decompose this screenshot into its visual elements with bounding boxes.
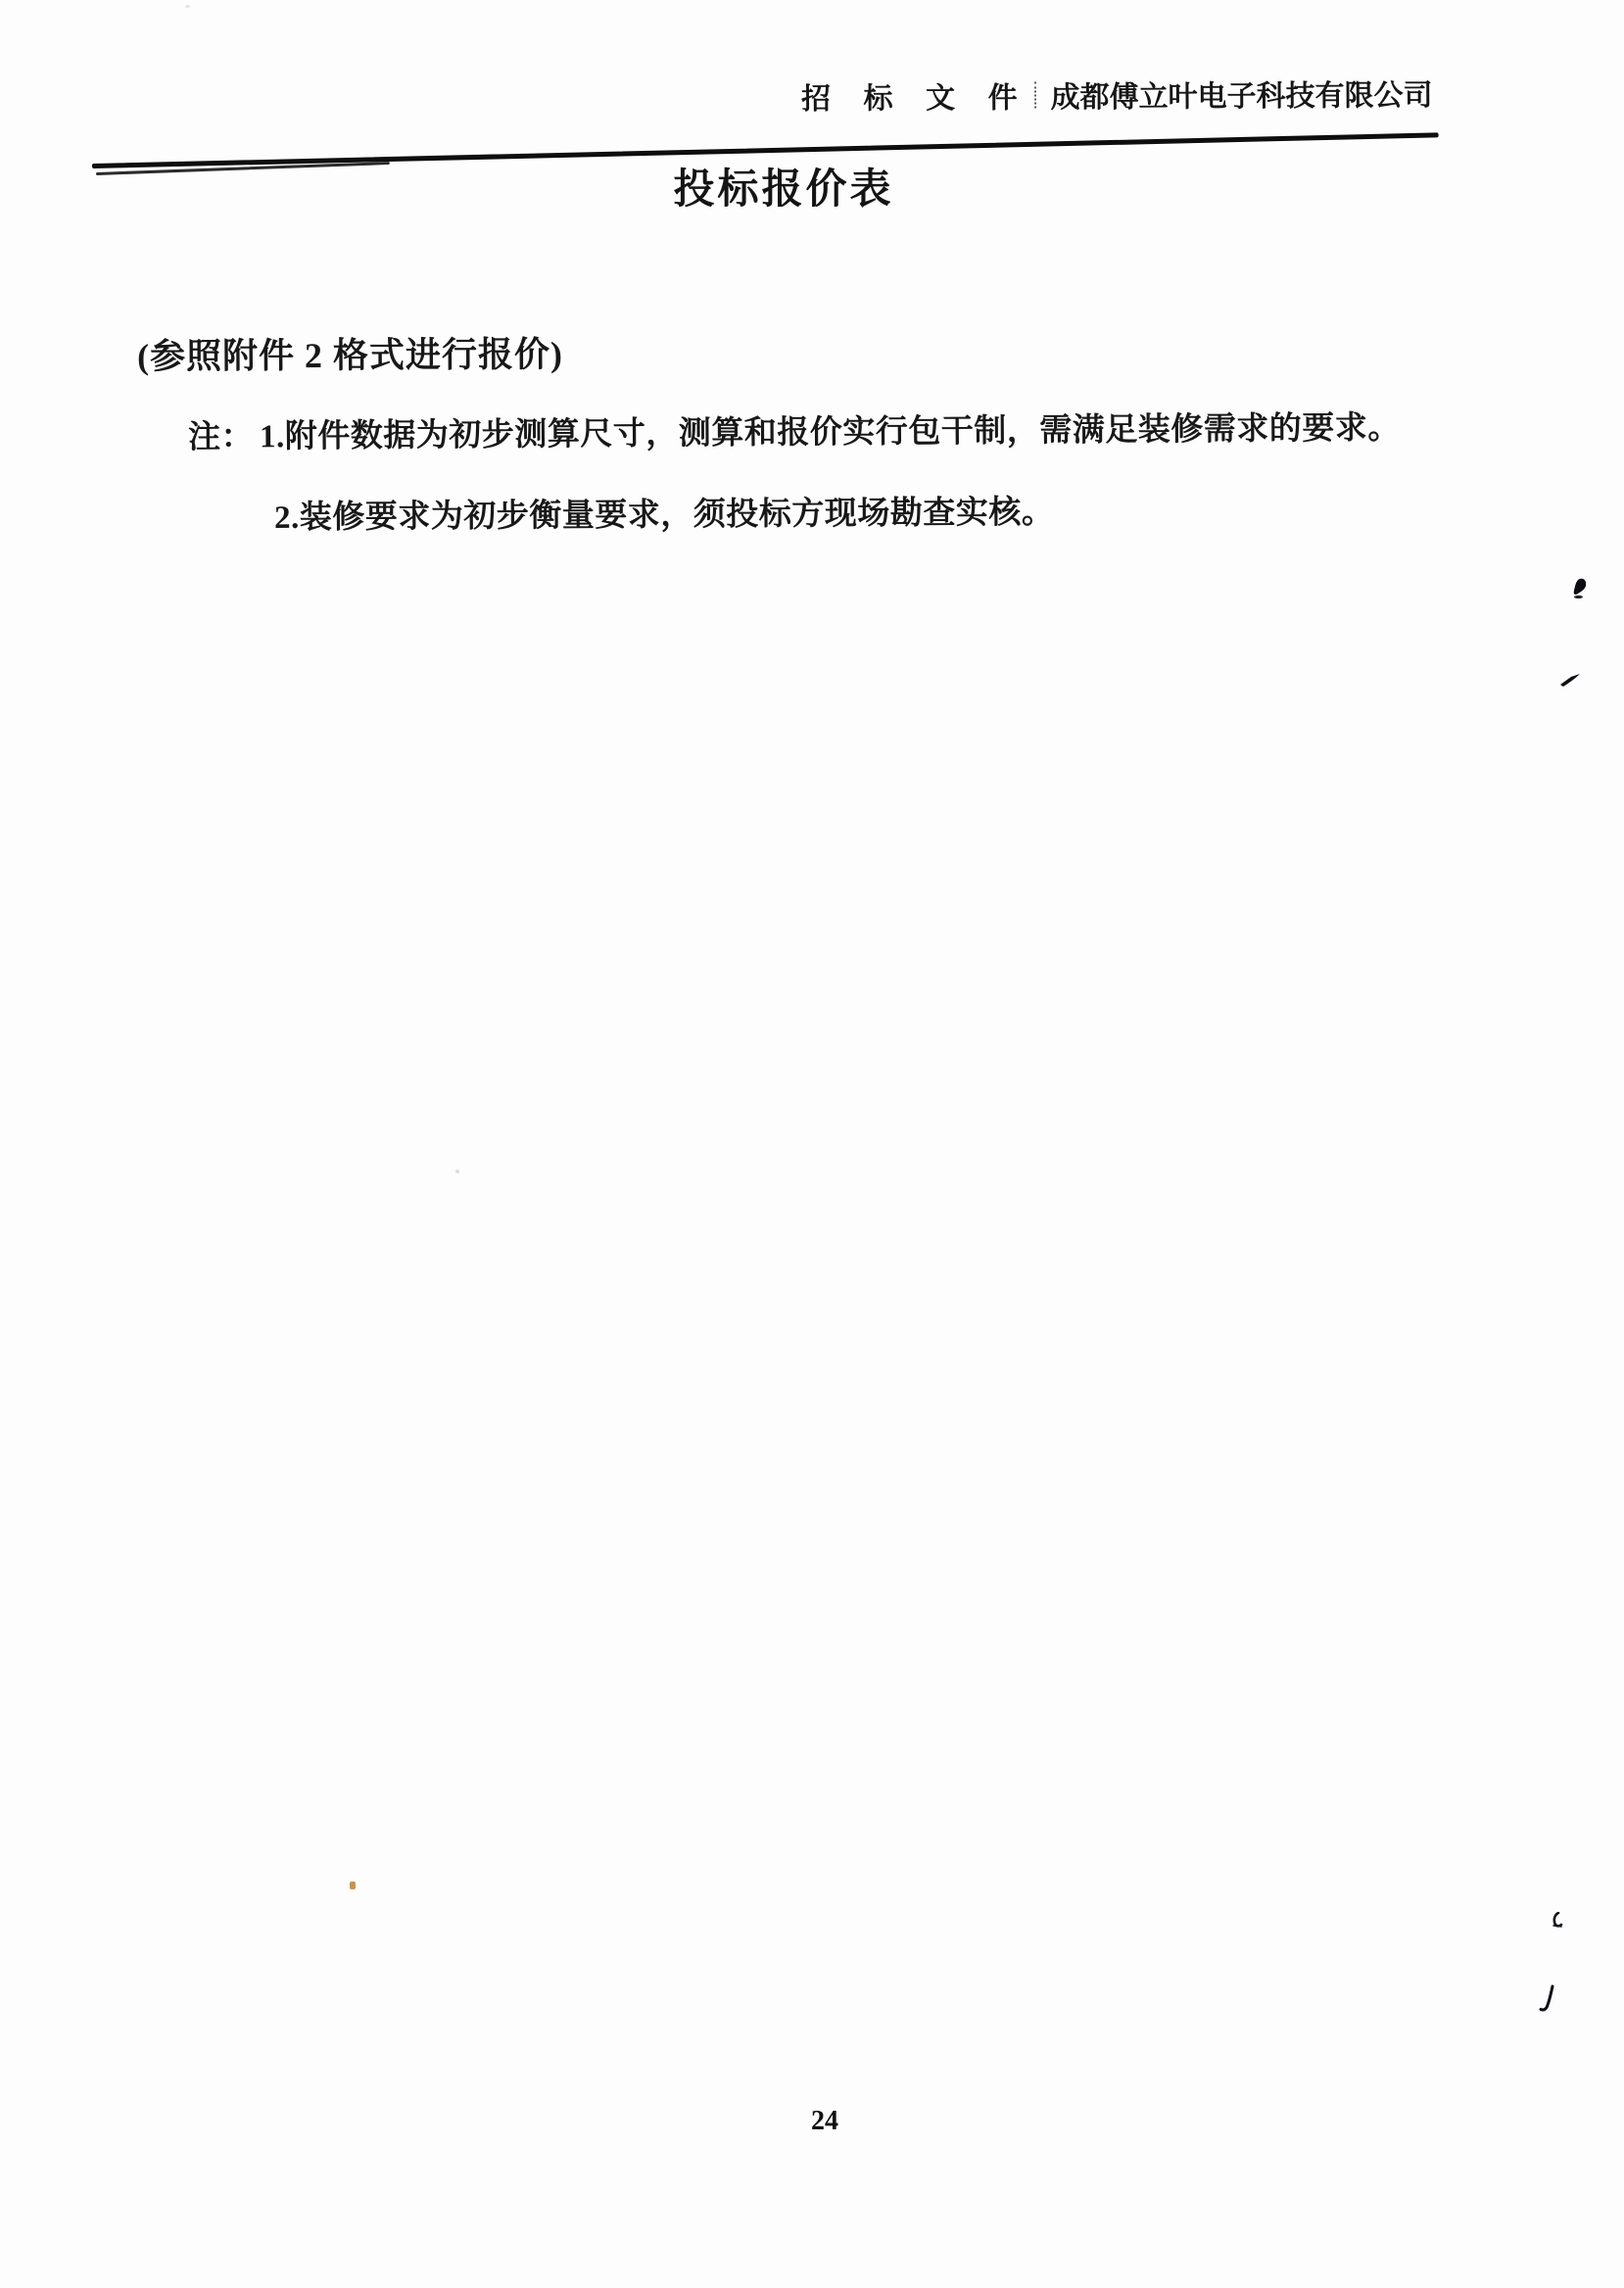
ink-speck-curl-icon [1550, 1912, 1565, 1931]
ink-speck-slash-icon [1539, 1984, 1556, 2014]
note-line-1: 注：1.附件数据为初步测算尺寸，测算和报价实行包干制，需满足装修需求的要求。 [188, 402, 1401, 457]
ink-speck-blob-icon [1571, 578, 1589, 599]
page-number: 24 [801, 2106, 848, 2137]
header-separator-bar-icon [1033, 81, 1035, 108]
dust-speck-icon [185, 5, 190, 8]
page-title: 投标报价表 [627, 157, 940, 215]
intro-note: (参照附件 2 格式进行报价) [137, 327, 563, 379]
dust-speck-icon [455, 1169, 459, 1173]
note-text-2: 2.装修要求为初步衡量要求，须投标方现场勘查实核。 [274, 495, 1054, 536]
orange-ink-dot-icon [350, 1882, 356, 1889]
note-line-2: 2.装修要求为初步衡量要求，须投标方现场勘查实核。 [274, 486, 1055, 538]
note-label: 注： [188, 419, 254, 455]
scanned-document-page: 招 标 文 件 成都傅立叶电子科技有限公司 投标报价表 (参照附件 2 格式进行… [0, 0, 1624, 2288]
note-text-1: 1.附件数据为初步测算尺寸，测算和报价实行包干制，需满足装修需求的要求。 [260, 410, 1401, 454]
ink-speck-tick-icon [1559, 674, 1581, 688]
header-company-name: 成都傅立叶电子科技有限公司 [1050, 71, 1432, 116]
page-header: 招 标 文 件 成都傅立叶电子科技有限公司 [800, 71, 1432, 118]
header-doc-type-label: 招 标 文 件 [800, 73, 1029, 118]
